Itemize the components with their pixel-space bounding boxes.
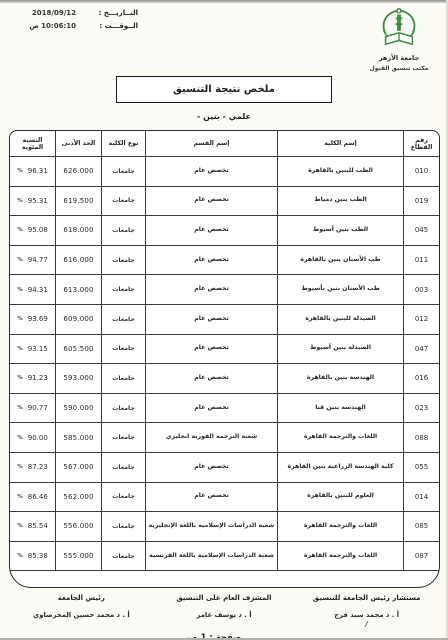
cell-college-type: جامعات: [101, 157, 145, 186]
cell-department-name: تخصص عام: [145, 246, 277, 275]
table-row: 085 اللغات والترجمة القاهرة شعبة الدراسا…: [10, 512, 439, 542]
percent-value: 96.31: [28, 167, 48, 175]
cell-min-score: 555.000: [55, 542, 101, 571]
signature-name: أ . د محمد سيد فرج: [334, 611, 399, 619]
percent-sign: %: [17, 523, 23, 529]
cell-percentage: % 90.77: [10, 394, 55, 423]
cell-sector-code: 012: [403, 305, 439, 334]
university-name: جامعة الأزهر: [379, 54, 419, 62]
cell-department-name: تخصص عام: [145, 453, 277, 482]
tansiq-summary-document: { "colors": { "logo_green": "#3f8d44", "…: [0, 0, 448, 640]
title-box: ملخص نتيجة التنسيق: [116, 76, 332, 103]
table-row: 045 الطب بنين أسيوط تخصص عام جامعات 618.…: [10, 216, 439, 246]
cell-college-name: الهندسة بنين قنا: [277, 394, 403, 423]
time-row: الــوقـــت : 10:06:10 ص: [14, 22, 138, 30]
cell-min-score: 619.500: [55, 187, 101, 216]
table-row: 010 الطب للبنين بالقاهرة تخصص عام جامعات…: [10, 157, 439, 187]
signature-name: أ . د يوسف عامر: [196, 611, 251, 619]
table-row: 023 الهندسة بنين قنا تخصص عام جامعات 590…: [10, 394, 439, 424]
cell-percentage: % 91.23: [10, 364, 55, 393]
cell-percentage: % 96.31: [10, 157, 55, 186]
cell-college-name: الصيدلة للبنين بالقاهرة: [277, 305, 403, 334]
cell-sector-code: 019: [403, 187, 439, 216]
cell-college-name: الطب بنين دمياط: [277, 187, 403, 216]
percent-value: 91.23: [28, 374, 48, 382]
cell-college-name: اللغات والترجمة القاهرة: [277, 542, 403, 571]
cell-department-name: شعبة الدراسات الإسلامية باللغة الفرنسية: [145, 542, 277, 571]
cell-min-score: 556.000: [55, 512, 101, 541]
cell-department-name: شعبة الترجمة الفورية انجليزي: [145, 423, 277, 452]
university-logo-icon: [376, 5, 422, 51]
header-sector-code: رقم القطاع: [403, 131, 439, 156]
cell-college-type: جامعات: [101, 394, 145, 423]
table-row: 055 كلية الهندسة الزراعية بنين القاهرة ت…: [10, 453, 439, 483]
cell-college-type: جامعات: [101, 187, 145, 216]
cell-college-name: الصيدلة بنين أسيوط: [277, 335, 403, 364]
cell-department-name: تخصص عام: [145, 216, 277, 245]
cell-college-name: اللغات والترجمة القاهرة: [277, 423, 403, 452]
cell-department-name: تخصص عام: [145, 335, 277, 364]
percent-sign: %: [17, 405, 23, 411]
signature-mark: /: [365, 620, 368, 628]
percent-value: 85.38: [28, 552, 48, 560]
percent-value: 95.31: [28, 197, 48, 205]
cell-college-type: جامعات: [101, 216, 145, 245]
cell-sector-code: 085: [403, 512, 439, 541]
university-logo-block: جامعة الأزهر مكتب تنسيق القبول: [366, 5, 432, 72]
cell-college-name: طب الأسنان بنين بالقاهرة: [277, 246, 403, 275]
signature-title: رئيس الجامعة: [58, 594, 105, 602]
table-header-row: رقم القطاع إسم الكلية إسم القسم نوع الكل…: [10, 131, 439, 157]
cell-sector-code: 088: [403, 423, 439, 452]
percent-sign: %: [17, 198, 23, 204]
percent-value: 86.46: [28, 493, 48, 501]
cell-sector-code: 014: [403, 483, 439, 512]
percent-sign: %: [17, 494, 23, 500]
cell-percentage: % 85.54: [10, 512, 55, 541]
time-value: 10:06:10 ص: [29, 22, 76, 30]
percent-sign: %: [17, 287, 23, 293]
cell-college-name: اللغات والترجمة القاهرة: [277, 512, 403, 541]
cell-min-score: 626.000: [55, 157, 101, 186]
cell-department-name: تخصص عام: [145, 364, 277, 393]
header-college-name: إسم الكلية: [277, 131, 403, 156]
cell-sector-code: 047: [403, 335, 439, 364]
header-percentage: النسبة المئوية: [10, 131, 55, 156]
percent-sign: %: [17, 346, 23, 352]
cell-college-name: الطب بنين أسيوط: [277, 216, 403, 245]
cell-percentage: % 87.23: [10, 453, 55, 482]
signature-supervisor: المشرف العام على التنسيق أ . د يوسف عامر: [153, 594, 296, 628]
results-table: رقم القطاع إسم الكلية إسم القسم نوع الكل…: [9, 130, 440, 588]
cell-college-type: جامعات: [101, 275, 145, 304]
date-value: 2018/09/12: [32, 9, 76, 17]
percent-value: 90.00: [28, 434, 48, 442]
cell-college-type: جامعات: [101, 305, 145, 334]
percent-sign: %: [17, 464, 23, 470]
scan-edge-top: [0, 0, 448, 3]
table-row: 011 طب الأسنان بنين بالقاهرة تخصص عام جا…: [10, 246, 439, 276]
percent-sign: %: [17, 553, 23, 559]
cell-min-score: 605.500: [55, 335, 101, 364]
percent-sign: %: [17, 168, 23, 174]
cell-department-name: تخصص عام: [145, 305, 277, 334]
cell-sector-code: 055: [403, 453, 439, 482]
cell-sector-code: 045: [403, 216, 439, 245]
cell-sector-code: 011: [403, 246, 439, 275]
table-body: 010 الطب للبنين بالقاهرة تخصص عام جامعات…: [10, 157, 439, 571]
table-row: 019 الطب بنين دمياط تخصص عام جامعات 619.…: [10, 187, 439, 217]
cell-percentage: % 95.08: [10, 216, 55, 245]
cell-sector-code: 003: [403, 275, 439, 304]
cell-percentage: % 95.31: [10, 187, 55, 216]
cell-college-name: طب الأسنان بنين بأسيوط: [277, 275, 403, 304]
cell-department-name: تخصص عام: [145, 483, 277, 512]
signature-title: المشرف العام على التنسيق: [176, 594, 271, 602]
table-row: 012 الصيدلة للبنين بالقاهرة تخصص عام جام…: [10, 305, 439, 335]
table-row: 014 العلوم للبنين بالقاهرة تخصص عام جامع…: [10, 483, 439, 513]
cell-min-score: 616.000: [55, 246, 101, 275]
table-row: 087 اللغات والترجمة القاهرة شعبة الدراسا…: [10, 542, 439, 572]
cell-college-type: جامعات: [101, 335, 145, 364]
cell-percentage: % 90.00: [10, 423, 55, 452]
cell-min-score: 613.000: [55, 275, 101, 304]
cell-percentage: % 85.38: [10, 542, 55, 571]
table-bottom-blank: [10, 571, 439, 587]
cell-college-type: جامعات: [101, 512, 145, 541]
cell-percentage: % 93.69: [10, 305, 55, 334]
cell-department-name: تخصص عام: [145, 187, 277, 216]
percent-value: 94.31: [28, 286, 48, 294]
signature-name: أ . د محمد حسين المحرصاوي: [33, 611, 130, 619]
percent-sign: %: [17, 375, 23, 381]
cell-percentage: % 86.46: [10, 483, 55, 512]
cell-percentage: % 94.77: [10, 246, 55, 275]
header-min-score: الحد الأدنى: [55, 131, 101, 156]
table-row: 088 اللغات والترجمة القاهرة شعبة الترجمة…: [10, 423, 439, 453]
time-label: الــوقـــت :: [86, 22, 138, 30]
percent-value: 93.69: [28, 315, 48, 323]
cell-department-name: تخصص عام: [145, 157, 277, 186]
cell-college-type: جامعات: [101, 364, 145, 393]
office-name: مكتب تنسيق القبول: [370, 65, 429, 72]
cell-department-name: شعبة الدراسات الإسلامية باللغة الإنجليزي…: [145, 512, 277, 541]
percent-value: 90.77: [28, 404, 48, 412]
cell-min-score: 562.000: [55, 483, 101, 512]
page-title: ملخص نتيجة التنسيق: [173, 84, 275, 95]
cell-college-type: جامعات: [101, 423, 145, 452]
date-label: التــاريـــخ :: [86, 9, 138, 17]
percent-sign: %: [17, 316, 23, 322]
cell-college-type: جامعات: [101, 453, 145, 482]
cell-college-name: العلوم للبنين بالقاهرة: [277, 483, 403, 512]
percent-value: 95.08: [28, 226, 48, 234]
cell-sector-code: 010: [403, 157, 439, 186]
cell-college-type: جامعات: [101, 246, 145, 275]
table-row: 047 الصيدلة بنين أسيوط تخصص عام جامعات 6…: [10, 335, 439, 365]
percent-value: 93.15: [28, 345, 48, 353]
signature-president: رئيس الجامعة أ . د محمد حسين المحرصاوي: [10, 594, 153, 628]
cell-sector-code: 023: [403, 394, 439, 423]
cell-college-type: جامعات: [101, 542, 145, 571]
cell-min-score: 590.000: [55, 394, 101, 423]
percent-value: 94.77: [28, 256, 48, 264]
header-college-type: نوع الكلية: [101, 131, 145, 156]
cell-min-score: 609.000: [55, 305, 101, 334]
signatures-row: مستشار رئيس الجامعة للتنسيق أ . د محمد س…: [10, 594, 438, 628]
cell-college-type: جامعات: [101, 483, 145, 512]
header-department-name: إسم القسم: [145, 131, 277, 156]
cell-sector-code: 087: [403, 542, 439, 571]
signature-title: مستشار رئيس الجامعة للتنسيق: [313, 594, 421, 602]
cell-department-name: تخصص عام: [145, 394, 277, 423]
date-time-block: التــاريـــخ : 2018/09/12 الــوقـــت : 1…: [14, 9, 138, 35]
percent-sign: %: [17, 227, 23, 233]
cell-department-name: تخصص عام: [145, 275, 277, 304]
percent-value: 87.23: [28, 463, 48, 471]
page-subtitle: - علمي - بنين: [0, 112, 448, 121]
cell-college-name: الهندسة بنين بالقاهرة: [277, 364, 403, 393]
cell-percentage: % 94.31: [10, 275, 55, 304]
cell-min-score: 567.000: [55, 453, 101, 482]
table-row: 016 الهندسة بنين بالقاهرة تخصص عام جامعا…: [10, 364, 439, 394]
cell-college-name: الطب للبنين بالقاهرة: [277, 157, 403, 186]
percent-sign: %: [17, 257, 23, 263]
cell-min-score: 585.000: [55, 423, 101, 452]
cell-college-name: كلية الهندسة الزراعية بنين القاهرة: [277, 453, 403, 482]
date-row: التــاريـــخ : 2018/09/12: [14, 9, 138, 17]
cell-min-score: 618.000: [55, 216, 101, 245]
signature-advisor: مستشار رئيس الجامعة للتنسيق أ . د محمد س…: [295, 594, 438, 628]
percent-value: 85.54: [28, 522, 48, 530]
cell-min-score: 593.000: [55, 364, 101, 393]
cell-percentage: % 93.15: [10, 335, 55, 364]
cell-sector-code: 016: [403, 364, 439, 393]
table-row: 003 طب الأسنان بنين بأسيوط تخصص عام جامع…: [10, 275, 439, 305]
percent-sign: %: [17, 435, 23, 441]
